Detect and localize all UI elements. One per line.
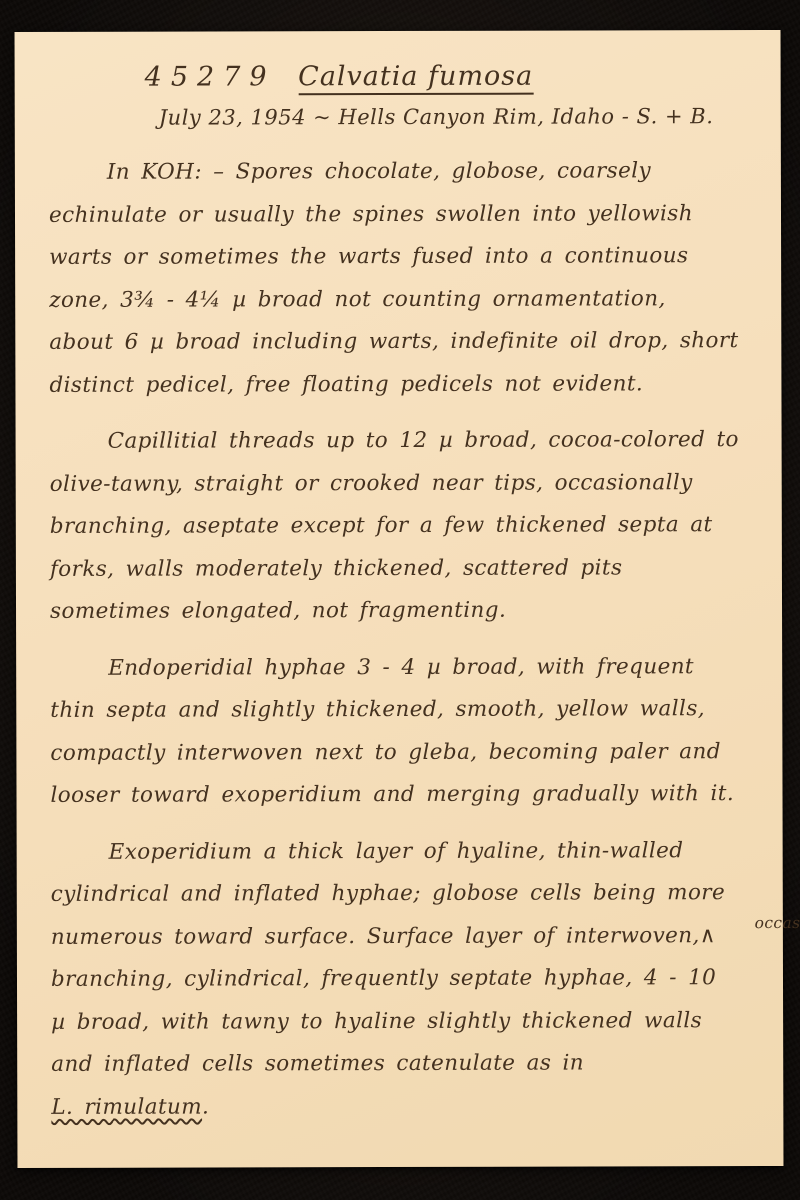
paragraph-exoperidium: Exoperidium a thick layer of hyaline, th… <box>51 830 742 1129</box>
inserted-word-occasionally: occasionally <box>697 916 800 932</box>
species-name: Calvatia fumosa <box>298 61 533 96</box>
note-paper: 45279 Calvatia fumosa July 23, 1954 ~ He… <box>15 30 784 1168</box>
collection-number: 45279 <box>145 61 276 92</box>
exoperidium-text-before-insertion: Exoperidium a thick layer of hyaline, th… <box>51 838 725 950</box>
exoperidium-text-after-insertion: branching, cylindrical, frequently septa… <box>51 965 716 1077</box>
species-reference-underlined: L. rimulatum <box>51 1094 202 1119</box>
closing-punctuation: . <box>202 1094 209 1119</box>
date-location-line: July 23, 1954 ~ Hells Canyon Rim, Idaho … <box>159 98 739 136</box>
header-line: 45279 Calvatia fumosa <box>145 56 739 98</box>
paragraph-spores-in-koh: In KOH: – Spores chocolate, globose, coa… <box>49 150 740 407</box>
caret-insertion: occasionally∧ <box>700 923 716 948</box>
paragraph-endoperidial-hyphae: Endoperidial hyphae 3 - 4 µ broad, with … <box>50 646 740 818</box>
paragraph-capillitial-threads: Capillitial threads up to 12 µ broad, co… <box>50 419 741 633</box>
